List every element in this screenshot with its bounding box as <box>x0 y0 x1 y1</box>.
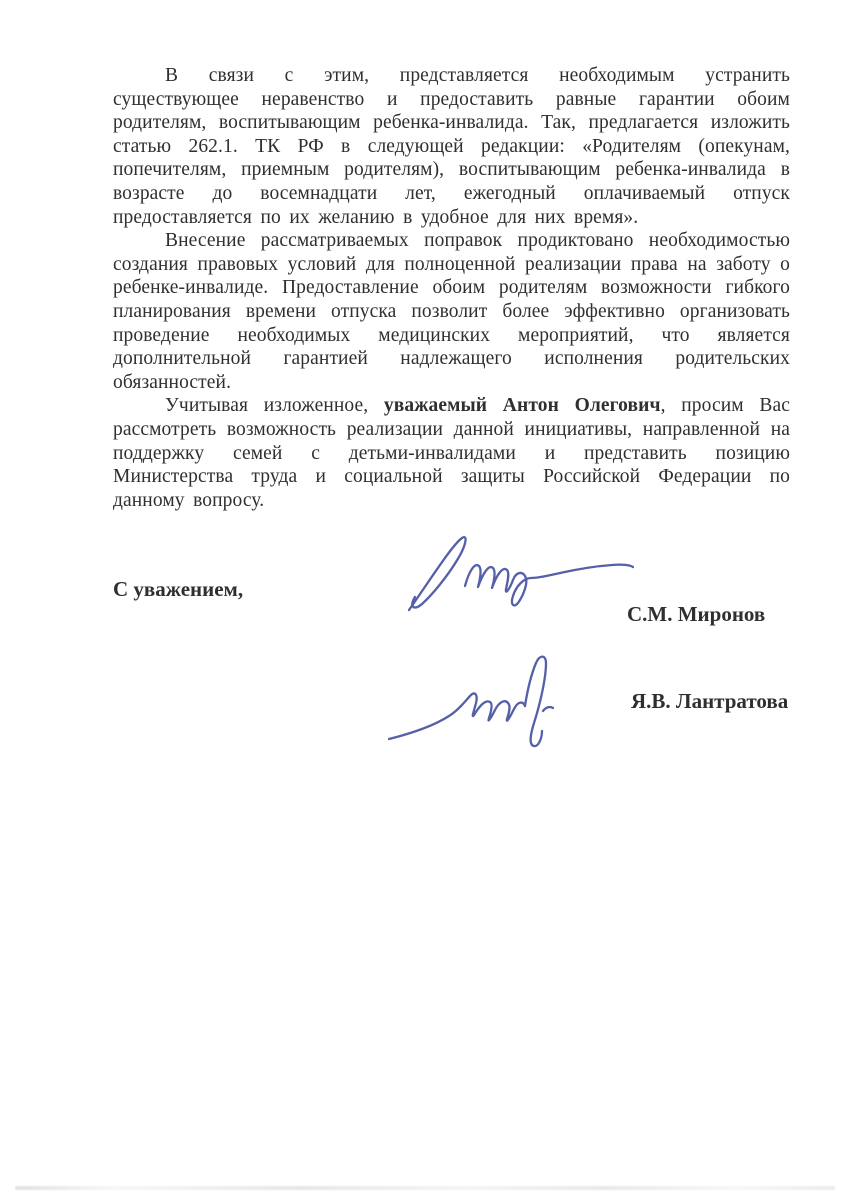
letter-page: В связи с этим, представляется необходим… <box>0 0 849 1200</box>
signer-name-mironov: С.М. Миронов <box>627 602 765 627</box>
paragraph-2: Внесение рассматриваемых поправок продик… <box>113 229 790 394</box>
closing-salutation: С уважением, <box>113 577 243 602</box>
lantratova-signature <box>383 653 588 753</box>
addressee-name: уважаемый Антон Олегович <box>384 395 661 416</box>
signer-name-lantratova: Я.В. Лантратова <box>631 689 788 714</box>
paragraph-1: В связи с этим, представляется необходим… <box>113 64 790 229</box>
letter-body: В связи с этим, представляется необходим… <box>113 64 790 512</box>
mironov-signature <box>402 531 637 619</box>
paragraph-3-text: Учитывая изложенное, <box>165 395 384 416</box>
paragraph-3: Учитывая изложенное, уважаемый Антон Оле… <box>113 394 790 512</box>
scan-edge-shadow <box>15 1186 835 1190</box>
